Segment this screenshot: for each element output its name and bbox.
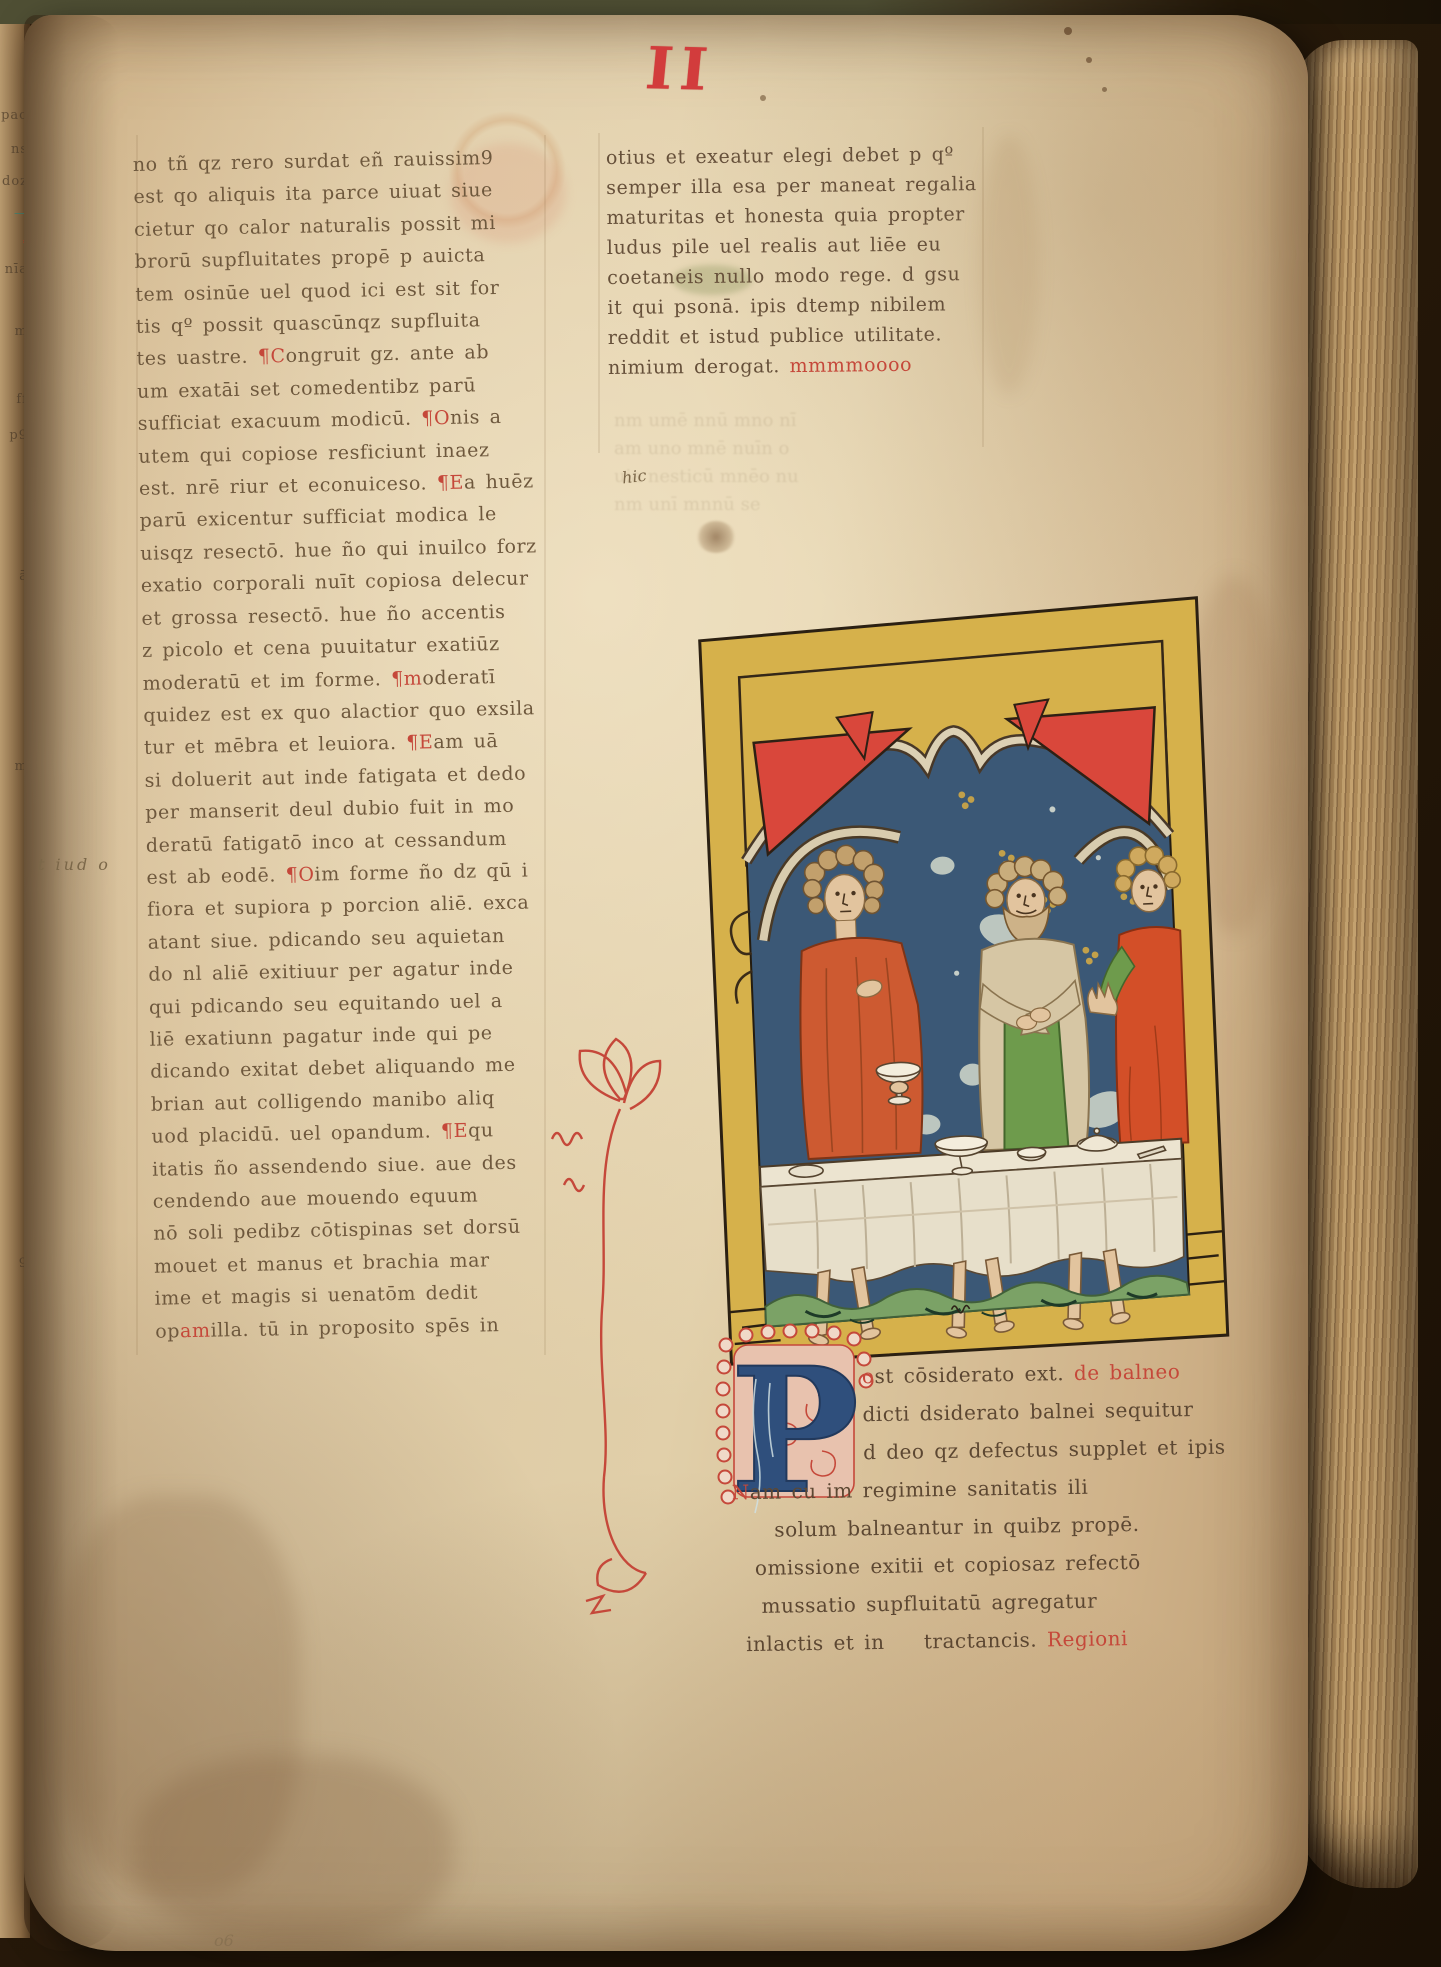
text-line: maturitas et honesta quia propter: [606, 199, 986, 233]
rubric-text: ¶C: [258, 345, 286, 368]
folio-number: II: [643, 34, 718, 104]
plate: [789, 1164, 823, 1177]
ruling-line: [598, 133, 600, 453]
text-line: d deo qz defectus supplet et ipis: [723, 1429, 1164, 1474]
marginal-note-left: t iud o: [38, 855, 111, 874]
text-line: otius et exeatur elegi debet p qº: [606, 139, 986, 173]
stain: [1086, 57, 1092, 63]
gutter-shadow: [24, 15, 119, 1951]
red-penwork-flourish: [552, 1039, 660, 1613]
rubric-text: Regioni: [1047, 1626, 1128, 1651]
text-line: nm unī mnnū se: [614, 491, 974, 519]
stain: [696, 521, 736, 553]
book-fore-edge-leaves: [1296, 40, 1418, 1888]
manuscript-photo: paonsdoz—⸗nīamffp9ām9 II no tñ qz rero s…: [0, 0, 1441, 1967]
text-line: reddit et istud publice utilitate.: [608, 319, 988, 353]
text-line: uia nesticū mnēo nu: [614, 463, 974, 491]
text-line: nm umē nnū mno nī: [614, 407, 974, 435]
rubric-text: N: [732, 1480, 750, 1504]
text-line: opamilla. tū in proposito spēs in: [155, 1308, 556, 1348]
marginal-note-bottom: o6: [214, 1931, 234, 1950]
right-text-column-bottom: ost cōsiderato ext. de balneodicti dside…: [722, 1353, 1167, 1664]
text-line: ludus pile uel realis aut liēe eu: [607, 229, 987, 263]
stain: [760, 95, 766, 101]
rubric-text: o: [862, 1364, 875, 1388]
stain: [134, 1755, 454, 1945]
face-right: [1131, 869, 1167, 912]
stain: [1064, 27, 1072, 35]
rubric-text: de balneo: [1074, 1359, 1181, 1385]
left-text-column: no tñ qz rero surdat eñ rauissim9est qo …: [133, 141, 556, 1347]
text-line: am uno mnē nuīn o: [614, 435, 974, 463]
rubric-text: ¶O: [421, 407, 450, 430]
text-line: inlactis et in tractancis. Regioni: [726, 1619, 1167, 1664]
green-robe: [999, 1015, 1068, 1149]
miniature-bathing-scene: [693, 593, 1232, 1370]
text-line: coetaneis nullo modo rege. d gsu: [607, 259, 987, 293]
rubric-text: mmmmoooo: [789, 354, 912, 377]
rubric-text: ¶E: [406, 732, 434, 755]
stain: [1102, 87, 1107, 92]
rubric-text: am: [180, 1319, 211, 1342]
text-line: omissione exitii et copiosaz refectō: [725, 1543, 1166, 1588]
rubric-text: ¶m: [391, 667, 423, 690]
rubric-text: ¶E: [441, 1120, 469, 1143]
rubric-text: ¶E: [437, 472, 465, 495]
marginal-note-hic: hic: [621, 466, 648, 488]
right-text-column-top: otius et exeatur elegi debet p qºsemper …: [606, 139, 988, 383]
text-line: it qui psonā. ipis dtemp nibilem: [607, 289, 987, 323]
text-line: nimium derogat. mmmmoooo: [608, 349, 988, 383]
erased-text-lines: nm umē nnū mno nīam uno mnē nuīn ouia ne…: [614, 407, 974, 519]
text-line: semper illa esa per maneat regalia: [606, 169, 986, 203]
manuscript-page: II no tñ qz rero surdat eñ rauissim9est …: [24, 15, 1308, 1951]
rubric-text: ¶O: [285, 864, 314, 887]
